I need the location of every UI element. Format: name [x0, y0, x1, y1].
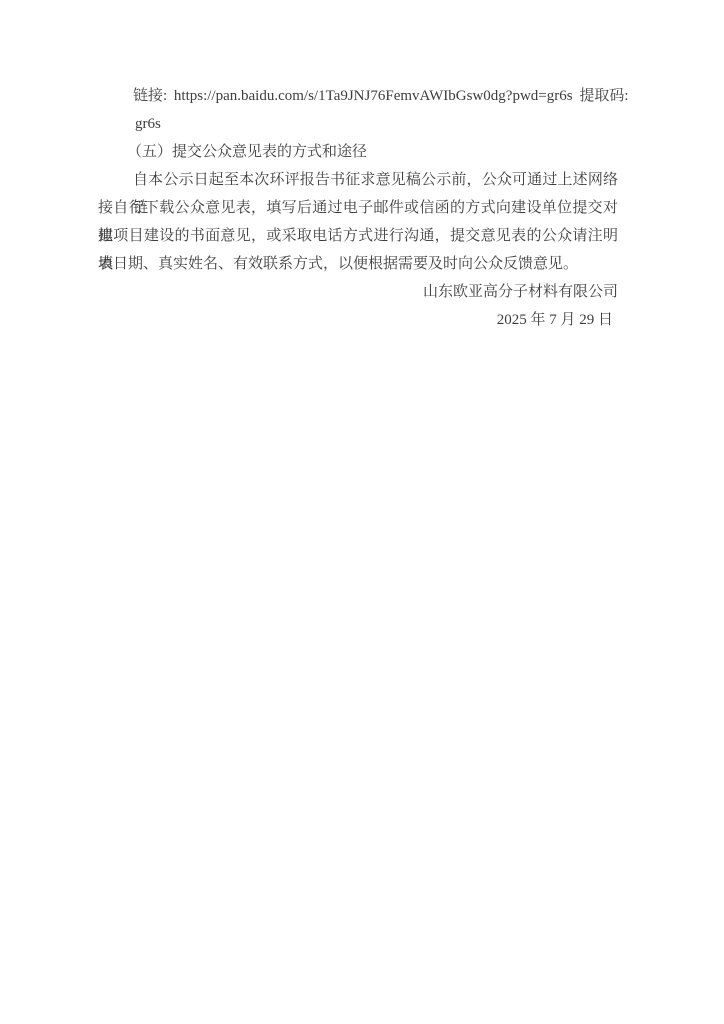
document-content: 链接: https://pan.baidu.com/s/1Ta9JNJ76Fem… [98, 82, 618, 334]
paragraph-line: 表日期、真实姓名、有效联系方式，以便根据需要及时向公众反馈意见。 [98, 250, 618, 278]
paragraph-line: 自本公示日起至本次环评报告书征求意见稿公示前，公众可通过上述网络链 [98, 166, 618, 194]
link-line: 链接: https://pan.baidu.com/s/1Ta9JNJ76Fem… [98, 82, 618, 110]
signature-date: 2025 年 7 月 29 日 [98, 306, 618, 334]
extraction-code-line: gr6s [98, 110, 618, 138]
signature-company: 山东欧亚高分子材料有限公司 [98, 278, 618, 306]
paragraph-line: 接自行下载公众意见表，填写后通过电子邮件或信函的方式向建设单位提交对拟 [98, 194, 618, 222]
document-page: 链接: https://pan.baidu.com/s/1Ta9JNJ76Fem… [0, 0, 724, 1024]
section-heading: （五）提交公众意见表的方式和途径 [98, 138, 618, 166]
paragraph-line: 建项目建设的书面意见，或采取电话方式进行沟通，提交意见表的公众请注明填 [98, 222, 618, 250]
